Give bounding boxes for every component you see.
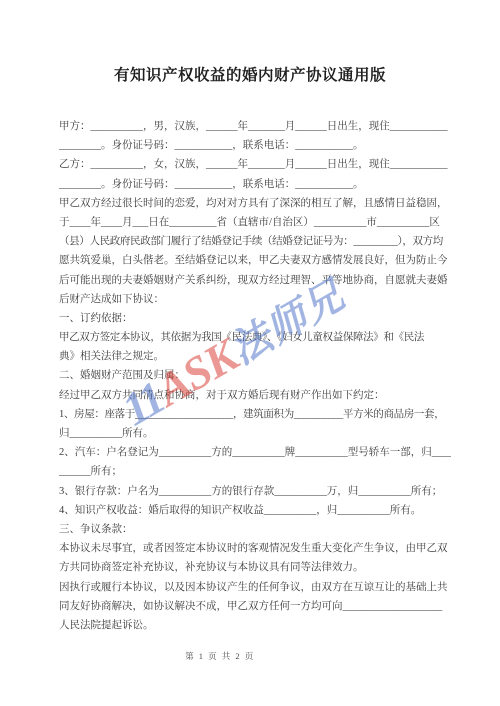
doc-line-preamble-1: 甲乙双方经过很长时间的恋爱，均对对方具有了深深的相互了解，且感情日益稳固， [59,194,451,213]
document-title: 有知识产权收益的婚内财产协议通用版 [0,63,500,85]
doc-section-3-text-4: 同友好协商解决，如协议解决不成，甲乙双方任何一方均可向_____________… [59,597,451,616]
doc-section-1-heading: 一、订约依据： [59,309,451,328]
doc-line-party-b-id: ________。身份证号码：___________，联系电话：________… [59,175,451,194]
page-number: 第 1 页 共 2 页 [0,650,440,662]
doc-line-party-a: 甲方：__________，男，汉族，______年_______月______… [59,117,451,136]
doc-section-1-text-2: 典》相关法律之规定。 [59,347,451,366]
doc-line-party-b: 乙方：__________，女，汉族，______年_______月______… [59,155,451,174]
doc-section-3-text-1: 本协议未尽事宜，或者因签定本协议时的客观情况发生重大变化产生争议，由甲乙双 [59,539,451,558]
doc-line-preamble-2: 于____年____月___日在_________省（直辖市/自治区）_____… [59,213,451,232]
doc-line-preamble-3: （县）人民政府民政部门履行了结婚登记手续（结婚登记证号为：_________），… [59,232,451,251]
doc-item-car-1: 2、汽车：户名登记为__________方的__________牌_______… [59,443,451,462]
document-page: 有知识产权收益的婚内财产协议通用版 甲方：__________，男，汉族，___… [0,0,500,706]
doc-line-preamble-4: 愿共筑爱巢，白头偕老。至结婚登记以来，甲乙夫妻双方感情发展良好，但为防止今 [59,251,451,270]
document-body: 甲方：__________，男，汉族，______年_______月______… [59,117,451,635]
doc-line-preamble-6: 后财产达成如下协议： [59,290,451,309]
doc-section-2-heading: 二、婚姻财产范围及归属： [59,366,451,385]
doc-section-2-intro: 经过甲乙双方共同清点和协商，对于双方婚后现有财产作出如下约定： [59,386,451,405]
doc-section-3-text-5: 人民法院提起诉讼。 [59,616,451,635]
doc-item-deposit: 3、银行存款：户名为__________方的银行存款__________万，归_… [59,482,451,501]
doc-line-preamble-5: 后可能出现的夫妻婚姻财产关系纠纷，现双方经过理智、平等地协商，自愿就夫妻婚 [59,271,451,290]
doc-section-3-text-3: 因执行或履行本协议，以及因本协议产生的任何争议，由双方在互谅互让的基础上共 [59,578,451,597]
doc-item-house-1: 1、房屋：座落于____________________，建筑面积为______… [59,405,451,424]
doc-section-3-heading: 三、争议条款： [59,520,451,539]
doc-line-party-a-id: ________。身份证号码：___________，联系电话：________… [59,136,451,155]
doc-item-house-2: 归__________所有。 [59,424,451,443]
doc-section-3-text-2: 方共同协商签定补充协议，补充协议与本协议具有同等法律效力。 [59,558,451,577]
doc-section-1-text-1: 甲乙双方签定本协议，其依据为我国《民法典》、《妇女儿童权益保障法》和《民法 [59,328,451,347]
doc-item-ip-income: 4、知识产权收益：婚后取得的知识产权收益__________，归________… [59,501,451,520]
doc-item-car-2: ______所有； [59,462,451,481]
